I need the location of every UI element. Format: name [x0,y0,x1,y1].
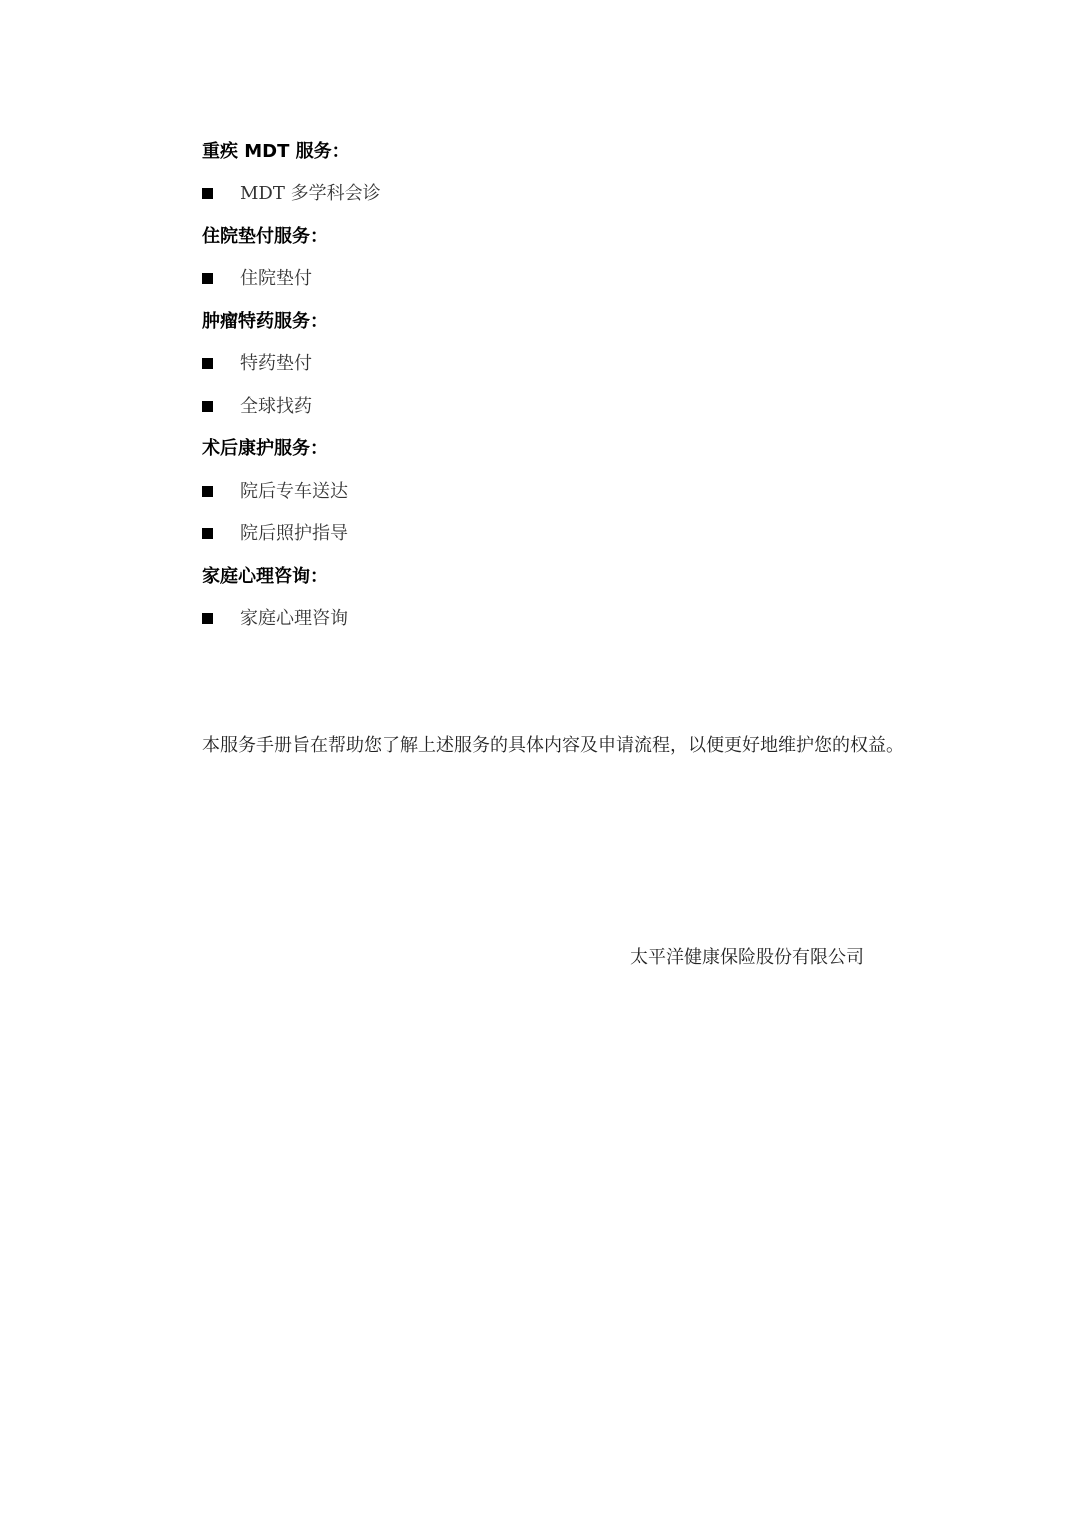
list-item-label: 住院垫付 [240,267,312,291]
list-item-label: 全球找药 [240,395,312,419]
square-bullet-icon [202,401,213,412]
section-heading-hospital-advance: 住院垫付服务： [202,225,328,249]
section-heading-postop-care: 术后康护服务： [202,437,328,461]
list-item-label: 家庭心理咨询 [240,607,348,631]
square-bullet-icon [202,188,213,199]
square-bullet-icon [202,273,213,284]
section-heading-mdt: 重疾 MDT 服务： [202,140,350,164]
section-heading-family-counseling: 家庭心理咨询： [202,565,328,589]
list-item-label: 特药垫付 [240,352,312,376]
document-page: 重疾 MDT 服务： MDT 多学科会诊 住院垫付服务： 住院垫付 肿瘤特药服务… [0,0,1080,1527]
section-heading-oncology-drugs: 肿瘤特药服务： [202,310,328,334]
closing-paragraph: 本服务手册旨在帮助您了解上述服务的具体内容及申请流程，以便更好地维护您的权益。 [202,734,904,758]
company-signature: 太平洋健康保险股份有限公司 [630,946,864,970]
square-bullet-icon [202,528,213,539]
list-item-label: 院后照护指导 [240,522,348,546]
list-item-label: MDT 多学科会诊 [240,182,381,206]
square-bullet-icon [202,613,213,624]
square-bullet-icon [202,358,213,369]
square-bullet-icon [202,486,213,497]
list-item-label: 院后专车送达 [240,480,348,504]
